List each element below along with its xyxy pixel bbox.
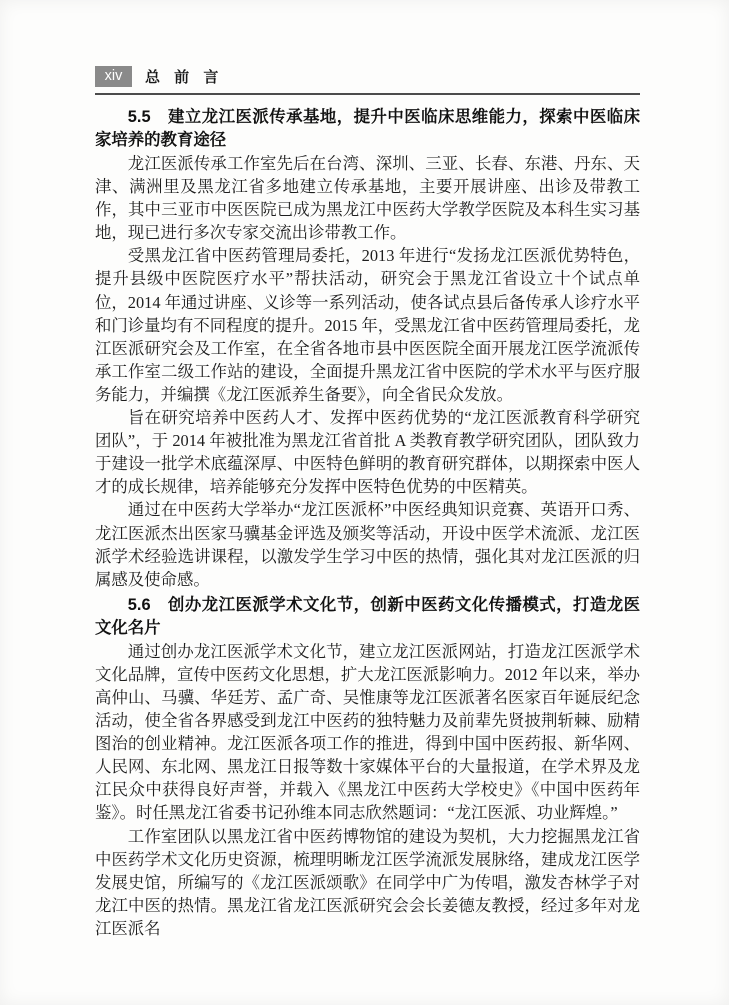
paragraph: 旨在研究培养中医药人才、发挥中医药优势的“龙江医派教育科学研究团队”，于 201… <box>95 406 640 498</box>
paragraph: 工作室团队以黑龙江省中医药博物馆的建设为契机，大力挖掘黑龙江省中医药学术文化历史… <box>95 825 640 940</box>
page-number-badge: xiv <box>95 66 132 87</box>
running-title: 总 前 言 <box>145 66 223 87</box>
paragraph: 受黑龙江省中医药管理局委托，2013 年进行“发扬龙江医派优势特色，提升县级中医… <box>95 244 640 406</box>
page-content: xiv 总 前 言 5.5 建立龙江医派传承基地，提升中医临床思维能力，探索中医… <box>95 66 640 940</box>
running-header: xiv 总 前 言 <box>95 66 640 95</box>
section-heading-5-6: 5.6 创办龙江医派学术文化节，创新中医药文化传播模式，打造龙医文化名片 <box>95 591 640 640</box>
section-heading-5-5: 5.5 建立龙江医派传承基地，提升中医临床思维能力，探索中医临床家培养的教育途径 <box>95 95 640 152</box>
paragraph: 龙江医派传承工作室先后在台湾、深圳、三亚、长春、东港、丹东、天津、满洲里及黑龙江… <box>95 152 640 244</box>
book-page: xiv 总 前 言 5.5 建立龙江医派传承基地，提升中医临床思维能力，探索中医… <box>0 0 729 1005</box>
paragraph: 通过在中医药大学举办“龙江医派杯”中医经典知识竞赛、英语开口秀、龙江医派杰出医家… <box>95 498 640 590</box>
paragraph: 通过创办龙江医派学术文化节，建立龙江医派网站，打造龙江医派学术文化品牌，宣传中医… <box>95 640 640 825</box>
